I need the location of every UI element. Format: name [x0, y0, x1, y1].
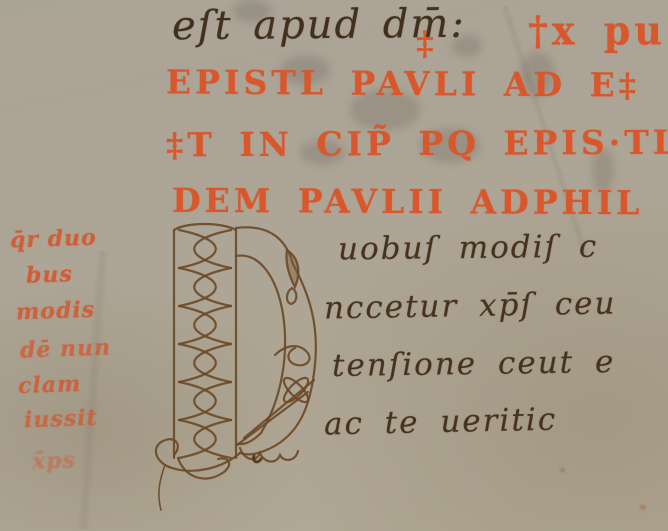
gloss-text: q̄r duo	[10, 224, 98, 253]
parchment-speck	[640, 505, 646, 510]
rubric-text: ‡T IN CIP̃ PQ EPIS·TL	[166, 123, 668, 165]
rubric-line-3: ‡T IN CIP̃ PQ EPIS·TL	[166, 123, 668, 165]
latin-text: uobuſ modiſ c	[338, 229, 599, 268]
margin-gloss-line: dē nun	[20, 334, 112, 363]
gloss-text: modis	[16, 297, 96, 326]
margin-gloss-line: bus	[26, 261, 74, 289]
rubric-ascender-mark: ‡	[416, 24, 434, 64]
margin-gloss-line: clam	[18, 371, 82, 399]
rubric-text: †x pu	[528, 7, 666, 54]
rubric-line-1-start: †x pu	[528, 7, 666, 54]
manuscript-page: eſt apud dm̄: †x pu ‡ EPISTL PAVLI AD E‡…	[0, 0, 668, 531]
margin-gloss-line: q̄r duo	[10, 224, 98, 253]
margin-gloss-line: modis	[16, 297, 96, 326]
rubric-text: DEM PAVLII ADPHIL	[172, 181, 644, 222]
rubric-line-4: DEM PAVLII ADPHIL	[172, 181, 644, 222]
body-text-line: ac te ueritic	[324, 402, 558, 443]
margin-gloss-line: x̄ps	[32, 447, 77, 475]
gloss-text: clam	[18, 371, 82, 399]
margin-gloss-line: iussit	[24, 405, 99, 434]
gloss-text: x̄ps	[32, 447, 77, 475]
parchment-speck	[560, 468, 565, 472]
gloss-text: bus	[26, 261, 74, 289]
body-text-line: nccetur xp̄ſ ceu	[324, 285, 617, 326]
decorated-initial-d	[148, 222, 333, 518]
gloss-text: iussit	[24, 405, 99, 434]
dagger-glyph: ‡	[416, 24, 434, 64]
latin-text: nccetur xp̄ſ ceu	[324, 285, 617, 326]
rubric-line-2: EPISTL PAVLI AD E‡	[166, 62, 640, 104]
gloss-text: dē nun	[20, 334, 112, 363]
latin-text: ac te ueritic	[324, 402, 558, 443]
latin-text: tenſione ceut e	[332, 344, 616, 384]
body-text-line: tenſione ceut e	[332, 344, 616, 384]
rubric-text: EPISTL PAVLI AD E‡	[166, 62, 640, 104]
body-text-line: uobuſ modiſ c	[338, 229, 599, 268]
